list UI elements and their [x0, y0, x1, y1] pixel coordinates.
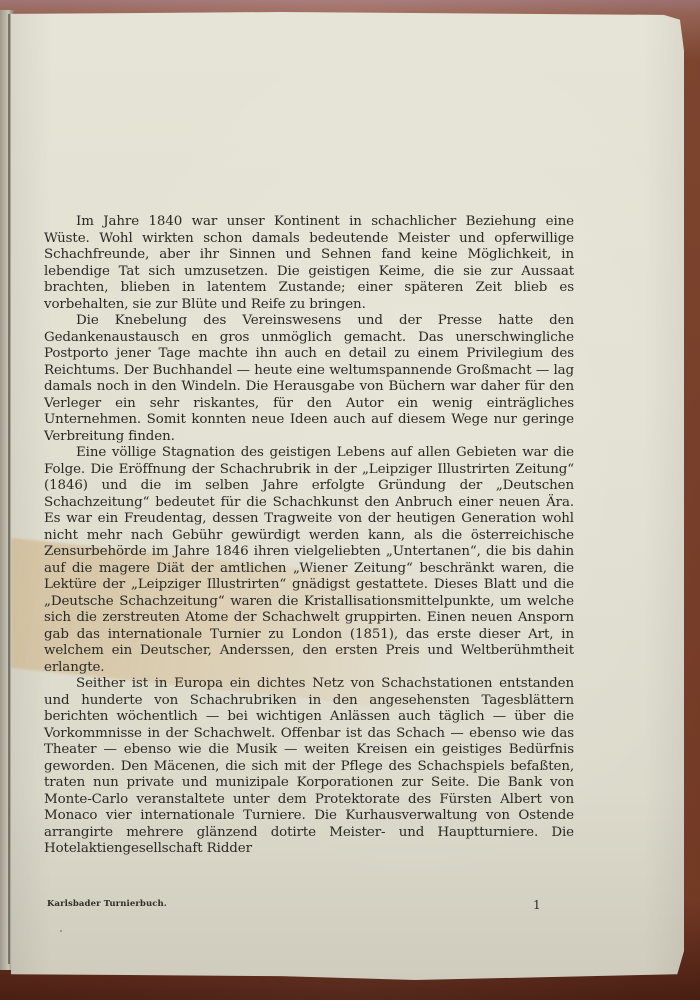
binding-stitch-line	[8, 14, 10, 964]
running-title: Karlsbader Turnierbuch.	[47, 899, 167, 909]
paragraph-2: Die Knebelung des Vereinswesens und der …	[44, 313, 574, 445]
paragraph-1: Im Jahre 1840 war unser Kontinent in sch…	[44, 214, 574, 313]
page-number: 1	[533, 898, 541, 912]
body-text: Im Jahre 1840 war unser Kontinent in sch…	[44, 214, 574, 858]
paragraph-3: Eine völlige Stagnation des geistigen Le…	[44, 445, 574, 676]
book-page: Im Jahre 1840 war unser Kontinent in sch…	[11, 12, 684, 980]
paper-speck	[60, 930, 62, 932]
paragraph-4: Seither ist in Europa ein dichtes Netz v…	[44, 676, 574, 858]
